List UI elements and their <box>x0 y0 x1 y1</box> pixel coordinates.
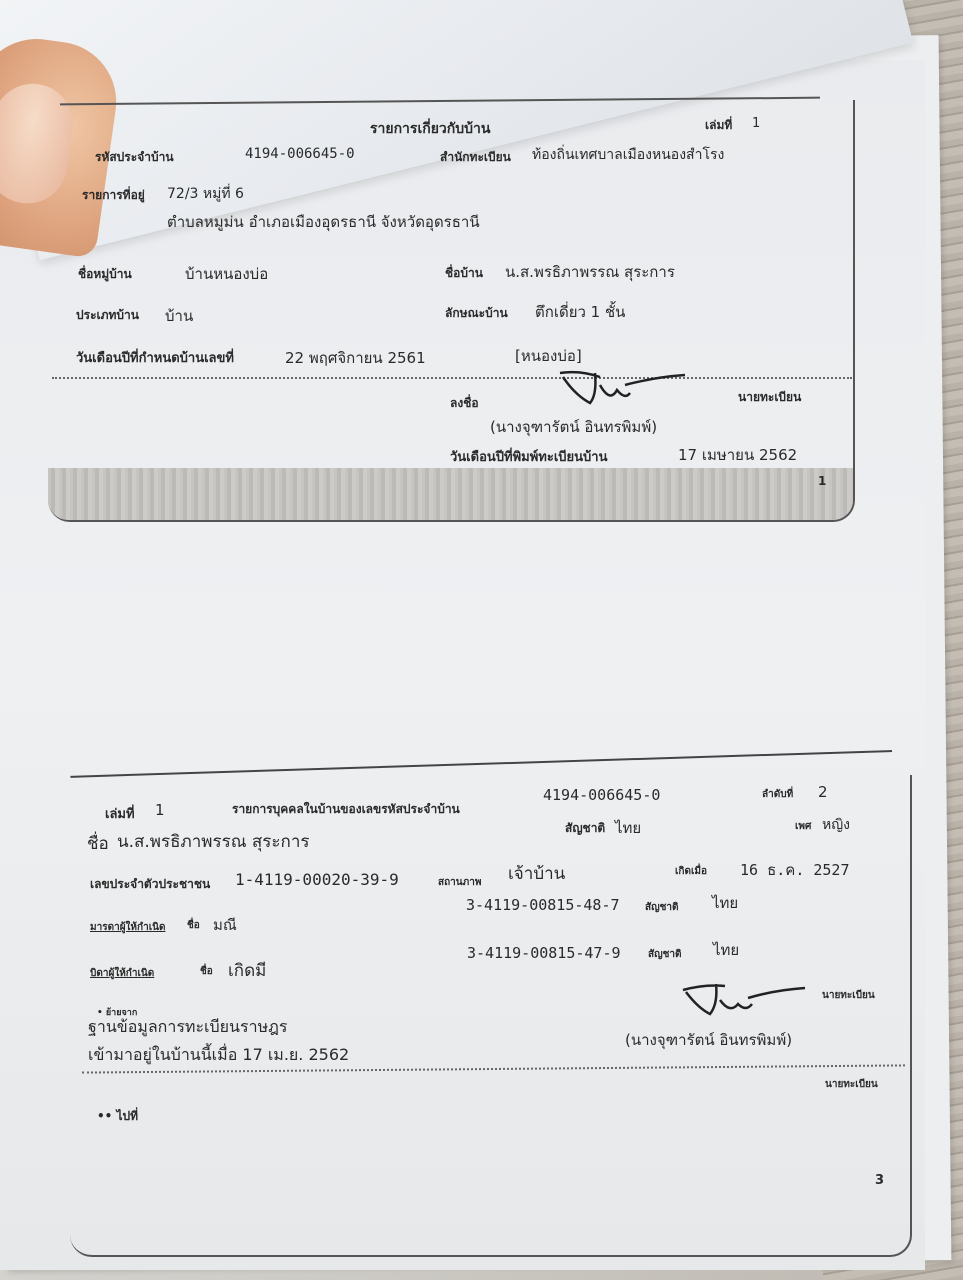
order-label: ลำดับที่ <box>762 787 793 802</box>
book-label: เล่มที่ <box>705 116 732 135</box>
book-value: 1 <box>752 116 760 131</box>
page-number-1: 1 <box>818 474 826 488</box>
mother-name-label: ชื่อ <box>187 918 200 933</box>
father-label: บิดาผู้ให้กำเนิด <box>90 966 154 981</box>
born-label: เกิดเมื่อ <box>675 864 707 879</box>
moved-from: ฐานข้อมูลการทะเบียนราษฎร <box>88 1015 287 1040</box>
person-name-label: ชื่อ <box>87 830 109 857</box>
nationality: ไทย <box>615 816 641 840</box>
citizen-id-label: เลขประจำตัวประชาชน <box>90 875 210 894</box>
signature-icon <box>680 978 810 1026</box>
print-date: 17 เมษายน 2562 <box>678 443 797 467</box>
house-code: 4194-006645-0 <box>245 146 355 162</box>
citizen-id: 1-4119-00020-39-9 <box>235 870 399 889</box>
mother-nationality-label: สัญชาติ <box>645 900 679 915</box>
status: เจ้าบ้าน <box>508 860 565 887</box>
moved-to-label: •• ไปที่ <box>97 1107 138 1126</box>
father-nationality: ไทย <box>713 938 739 962</box>
father-id: 3-4119-00815-47-9 <box>467 944 621 962</box>
father-nationality-label: สัญชาติ <box>648 947 682 962</box>
mother-label: มารดาผู้ให้กำเนิด <box>90 920 165 935</box>
page-number-3: 3 <box>875 1173 884 1188</box>
nationality-label: สัญชาติ <box>565 819 605 838</box>
dotted-divider <box>52 377 852 379</box>
address-line2: ตำบลหมูม่น อำเภอเมืองอุดรธานี จังหวัดอุด… <box>167 210 480 234</box>
born: 16 ธ.ค. 2527 <box>740 858 850 882</box>
order-value: 2 <box>818 783 828 801</box>
address-line1: 72/3 หมู่ที่ 6 <box>167 183 244 205</box>
father-name: เกิดมี <box>228 957 266 984</box>
father-name-label: ชื่อ <box>200 964 213 979</box>
village-label: ชื่อหมู่บ้าน <box>78 265 132 284</box>
print-date-label: วันเดือนปีที่พิมพ์ทะเบียนบ้าน <box>450 446 608 467</box>
number-date-label: วันเดือนปีที่กำหนดบ้านเลขที่ <box>76 347 234 368</box>
status-label: สถานภาพ <box>438 875 481 890</box>
signature-icon <box>555 365 695 415</box>
address-label: รายการที่อยู่ <box>82 186 145 205</box>
house-name: น.ส.พรธิภาพรรณ สุระการ <box>505 260 675 284</box>
mother-nationality: ไทย <box>712 891 738 915</box>
registrar-title: นายทะเบียน <box>738 388 801 407</box>
sign-label: ลงชื่อ <box>450 394 479 413</box>
mother-id: 3-4119-00815-48-7 <box>466 896 620 914</box>
registrar-office: ท้องถิ่นเทศบาลเมืองหนองสำโรง <box>532 144 724 166</box>
person-section-title: รายการบุคคลในบ้านของเลขรหัสประจำบ้าน <box>232 800 460 819</box>
number-date: 22 พฤศจิกายน 2561 <box>285 346 426 370</box>
house-style: ตึกเดี่ยว 1 ชั้น <box>535 300 625 324</box>
village: บ้านหนองบ่อ <box>185 262 268 286</box>
house-type-label: ประเภทบ้าน <box>76 306 139 325</box>
house-section-title: รายการเกี่ยวกับบ้าน <box>370 118 490 140</box>
grey-band <box>48 468 853 520</box>
person-book-value: 1 <box>155 801 165 819</box>
mother-name: มณี <box>213 913 237 937</box>
sex: หญิง <box>822 814 850 836</box>
house-code-label: รหัสประจำบ้าน <box>95 148 174 167</box>
house-type: บ้าน <box>165 304 193 328</box>
person-registrar-title: นายทะเบียน <box>822 988 875 1003</box>
person-name: น.ส.พรธิภาพรรณ สุระการ <box>117 828 310 855</box>
house-name-label: ชื่อบ้าน <box>445 264 483 283</box>
person-registrar-title-2: นายทะเบียน <box>825 1077 878 1092</box>
person-book-label: เล่มที่ <box>105 803 135 824</box>
house-style-label: ลักษณะบ้าน <box>445 304 508 323</box>
sex-label: เพศ <box>795 819 811 834</box>
person-house-code: 4194-006645-0 <box>543 786 660 804</box>
registrar-name: (นางจุฑารัตน์ อินทรพิมพ์) <box>490 415 657 439</box>
moved-in: เข้ามาอยู่ในบ้านนี้เมื่อ 17 เม.ย. 2562 <box>88 1043 349 1068</box>
registrar-office-label: สำนักทะเบียน <box>440 148 511 167</box>
person-registrar-name: (นางจุฑารัตน์ อินทรพิมพ์) <box>625 1028 792 1052</box>
